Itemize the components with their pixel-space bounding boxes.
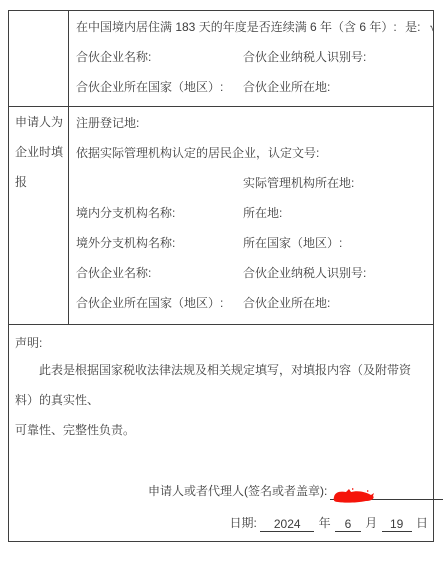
residence-question-label: 在中国境内居住满 183 天的年度是否连续满 6 年（含 6 年）: [76,20,397,34]
domestic-branch-line: 境内分支机构名称: 所在地: [69,198,433,228]
enterprise-partnership-location-label: 合伙企业所在地: [243,288,330,318]
resident-enterprise-label: 依据实际管理机构认定的居民企业，认定文号: [76,146,319,160]
date-month-field[interactable]: 6 [335,516,361,532]
date-label: 日期: [230,516,257,530]
section-enterprise-content-cell: 注册登记地: 依据实际管理机构认定的居民企业，认定文号: 实际管理机构所在地: … [69,107,433,324]
section-top-row: 在中国境内居住满 183 天的年度是否连续满 6 年（含 6 年）: 是: √ … [9,11,433,107]
section-top-content-cell: 在中国境内居住满 183 天的年度是否连续满 6 年（含 6 年）: 是: √ … [69,11,433,106]
registered-address-line: 注册登记地: [69,108,433,138]
year-unit-label: 年 [319,516,331,530]
signature-row: 申请人或者代理人(签名或者盖章): [148,483,443,500]
declaration-body: 此表是根据国家税收法律法规及相关规定填写，对填报内容（及附带资料）的真实性、 可… [15,355,427,445]
domestic-branch-location-label: 所在地: [243,198,282,228]
overseas-branch-country-label: 所在国家（地区）: [243,228,342,258]
form-table: 在中国境内居住满 183 天的年度是否连续满 6 年（含 6 年）: 是: √ … [8,10,434,542]
overseas-branch-line: 境外分支机构名称: 所在国家（地区）: [69,228,433,258]
section-enterprise-header-cell: 申请人为 企业时填 报 [9,107,69,324]
month-unit-label: 月 [365,516,377,530]
management-location-line: 实际管理机构所在地: [69,168,433,198]
enterprise-header-line-1: 申请人为 [15,108,68,138]
yes-label: 是: [405,20,420,34]
signature-red-scribble [331,487,377,505]
date-row: 日期: 2024 年 6 月 19 日 [230,515,429,532]
enterprise-partnership-name-label: 合伙企业名称: [76,266,151,280]
enterprise-header-line-2: 企业时填 [15,138,68,168]
partnership-taxid-label: 合伙企业纳税人识别号: [243,42,366,72]
residence-question-line: 在中国境内居住满 183 天的年度是否连续满 6 年（含 6 年）: 是: √ … [69,12,433,42]
declaration-body-line-1: 此表是根据国家税收法律法规及相关规定填写，对填报内容（及附带资料）的真实性、 [15,355,427,415]
signature-label: 申请人或者代理人(签名或者盖章): [148,484,327,498]
section-top-header-cell [9,11,69,106]
partnership-location-label: 合伙企业所在地: [243,72,330,102]
declaration-body-line-2: 可靠性、完整性负责。 [15,423,135,437]
form-page: 在中国境内居住满 183 天的年度是否连续满 6 年（含 6 年）: 是: √ … [0,0,446,562]
enterprise-partnership-taxid-label: 合伙企业纳税人识别号: [243,258,366,288]
resident-enterprise-line: 依据实际管理机构认定的居民企业，认定文号: [69,138,433,168]
registered-address-label: 注册登记地: [76,116,139,130]
day-unit-label: 日 [416,516,428,530]
date-year-field[interactable]: 2024 [260,516,314,532]
partnership-name-label: 合伙企业名称: [76,50,151,64]
declaration-title: 声明: [15,331,427,355]
enterprise-partnership-country-line: 合伙企业所在国家（地区）: 合伙企业所在地: [69,288,433,318]
section-enterprise-row: 申请人为 企业时填 报 注册登记地: 依据实际管理机构认定的居民企业，认定文号:… [9,107,433,325]
signature-field[interactable] [330,485,443,500]
enterprise-partnership-name-line: 合伙企业名称: 合伙企业纳税人识别号: [69,258,433,288]
domestic-branch-label: 境内分支机构名称: [76,206,175,220]
enterprise-partnership-country-label: 合伙企业所在国家（地区）: [76,296,223,310]
overseas-branch-label: 境外分支机构名称: [76,236,175,250]
date-day-field[interactable]: 19 [382,516,412,532]
partnership-country-line: 合伙企业所在国家（地区）: 合伙企业所在地: [69,72,433,102]
partnership-name-line: 合伙企业名称: 合伙企业纳税人识别号: [69,42,433,72]
declaration-section: 声明: 此表是根据国家税收法律法规及相关规定填写，对填报内容（及附带资料）的真实… [9,325,433,541]
partnership-country-label: 合伙企业所在国家（地区）: [76,80,223,94]
management-location-label: 实际管理机构所在地: [243,168,354,198]
yes-checkmark[interactable]: √ [430,20,433,34]
enterprise-header-line-3: 报 [15,168,68,198]
declaration-text-block: 声明: 此表是根据国家税收法律法规及相关规定填写，对填报内容（及附带资料）的真实… [9,325,433,445]
